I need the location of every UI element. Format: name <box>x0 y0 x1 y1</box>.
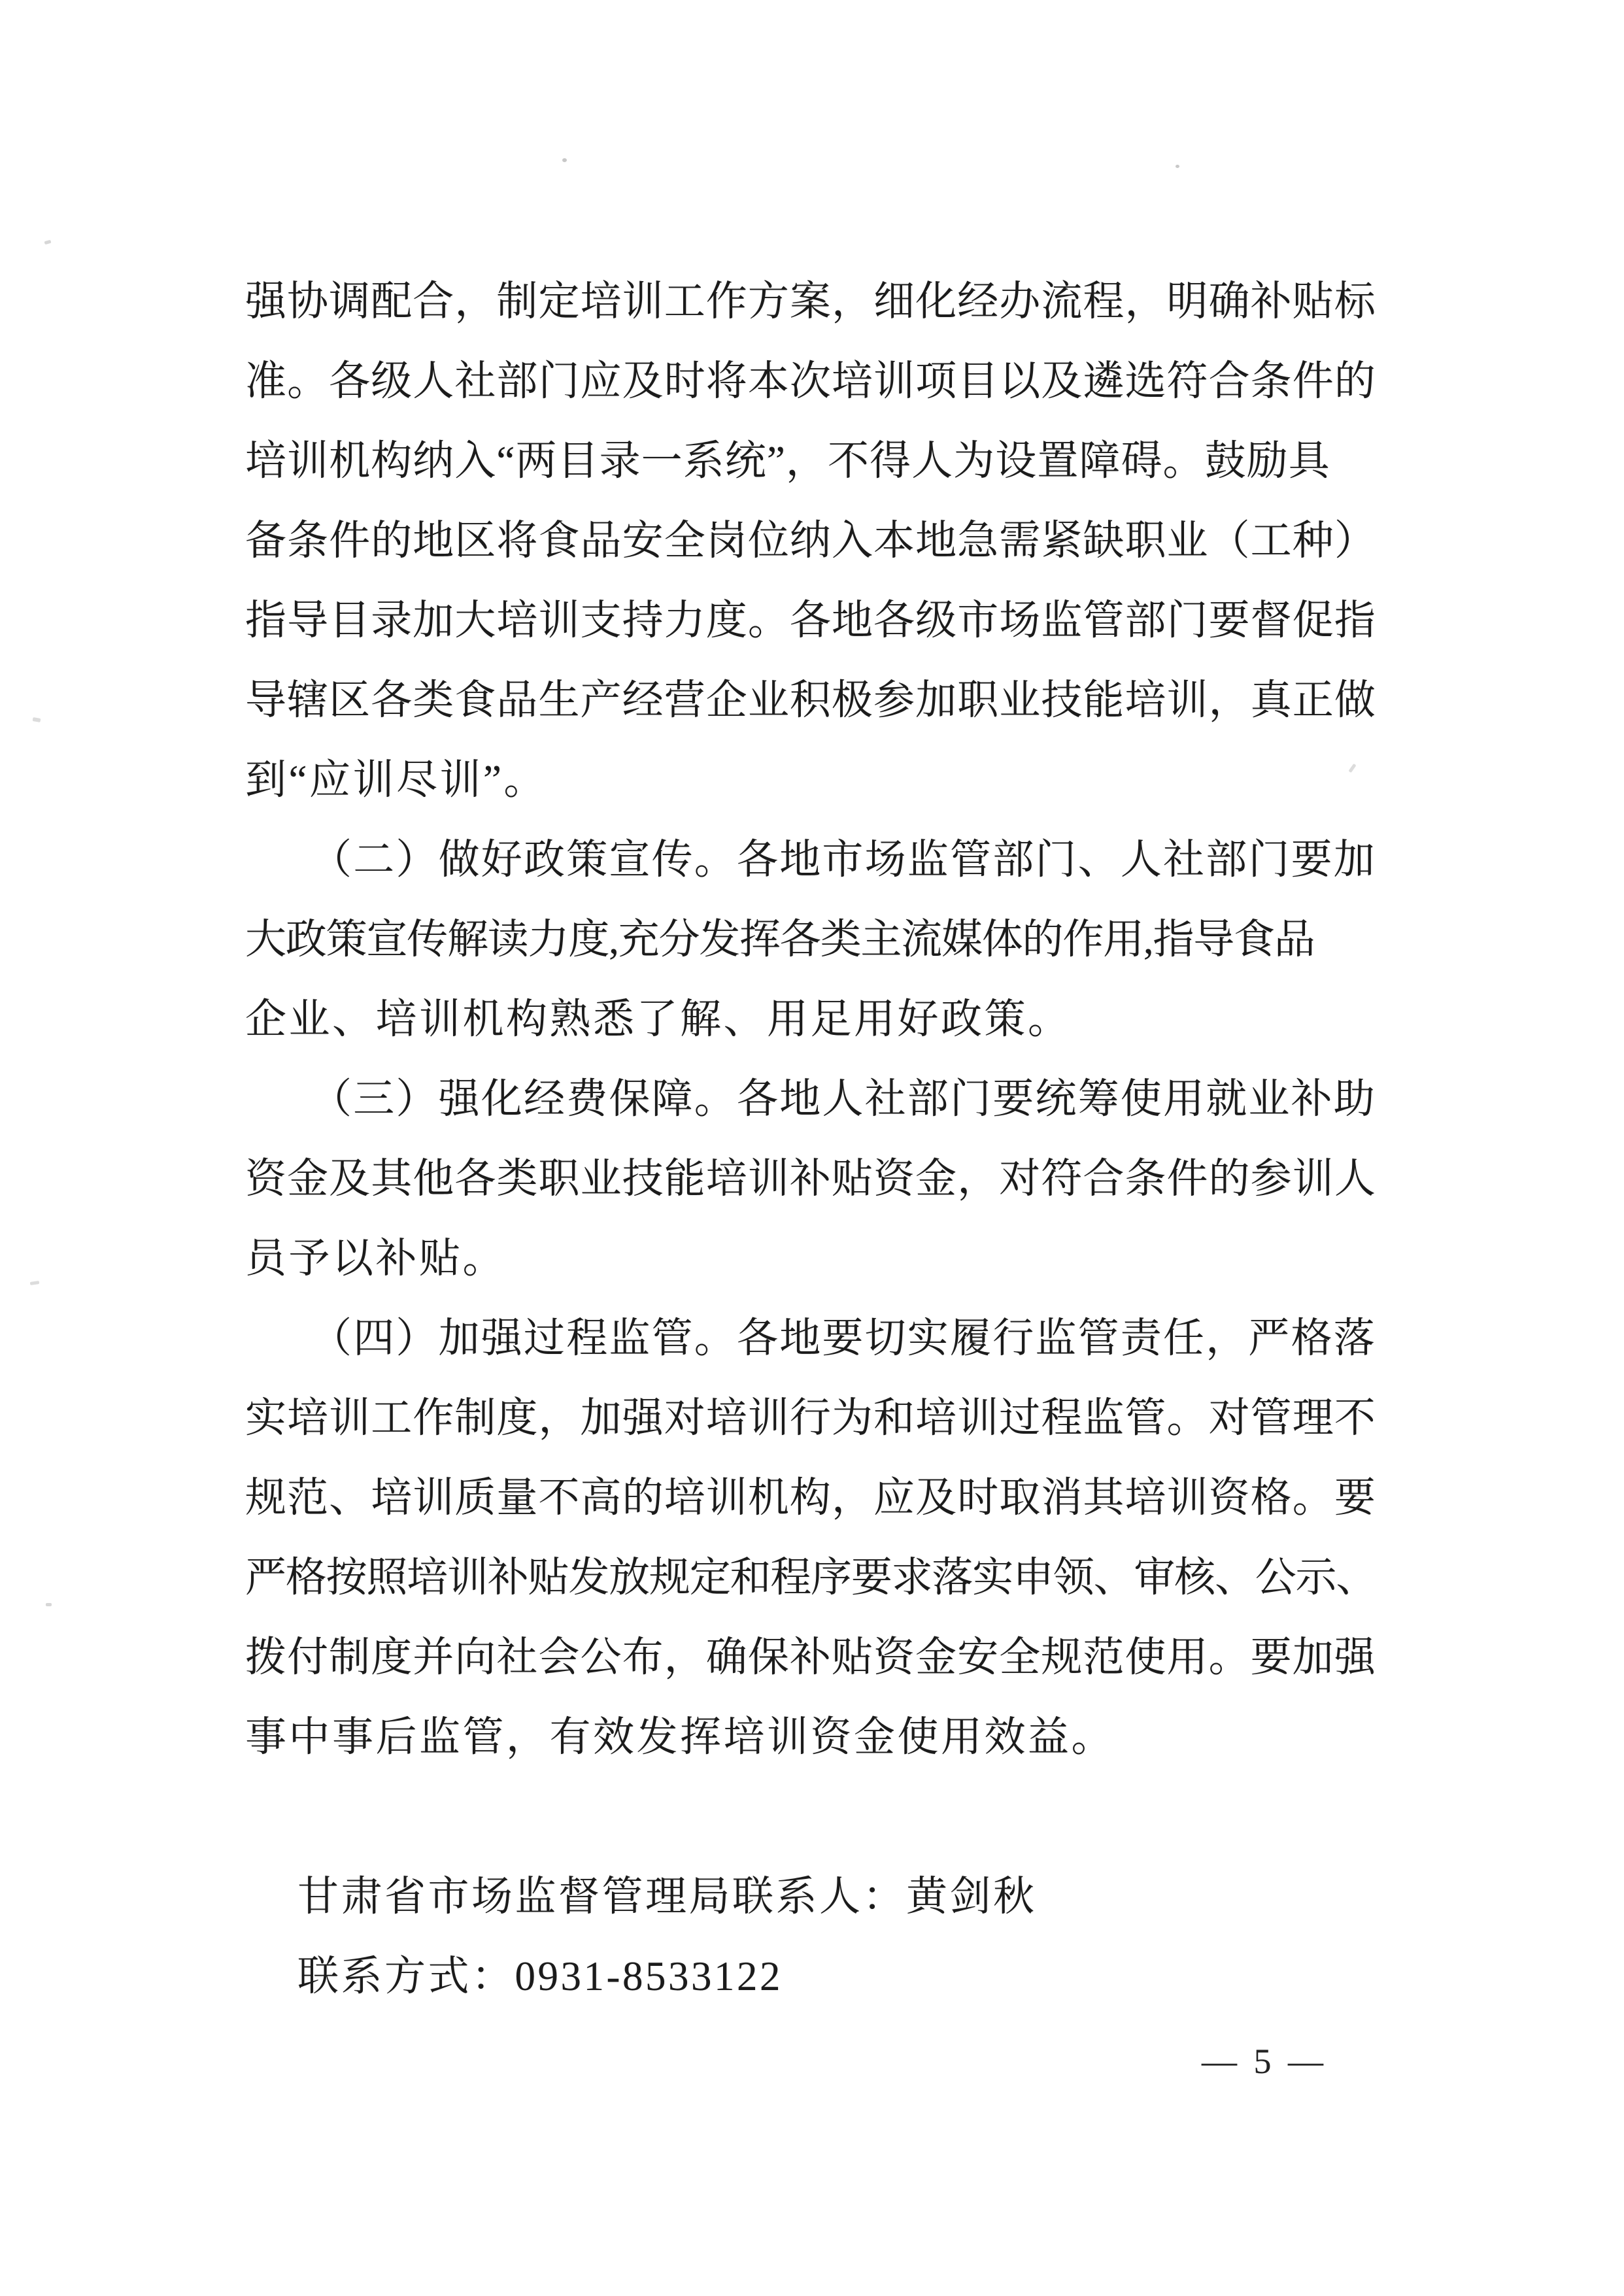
text-line: 企业、培训机构熟悉了解、用足用好政策。 <box>245 979 1376 1059</box>
scan-speckle <box>46 1603 52 1606</box>
page-number: — 5 — <box>1202 2041 1327 2082</box>
text-line: 实培训工作制度，加强对培训行为和培训过程监管。对管理不 <box>245 1378 1376 1458</box>
scan-speckle <box>1176 165 1179 168</box>
document-page: 强协调配合，制定培训工作方案，细化经办流程，明确补贴标准。各级人社部门应及时将本… <box>0 0 1624 2296</box>
scan-speckle <box>562 158 567 162</box>
text-line: 联系方式：0931-8533122 <box>245 1936 1376 2016</box>
text-line: 严格按照培训补贴发放规定和程序要求落实申领、审核、公示、 <box>245 1538 1376 1617</box>
text-line: 导辖区各类食品生产经营企业积极参加职业技能培训，真正做 <box>245 660 1376 740</box>
text-line: 资金及其他各类职业技能培训补贴资金，对符合条件的参训人 <box>245 1139 1376 1219</box>
text-line: 到“应训尽训”。 <box>245 740 1376 820</box>
text-line: 规范、培训质量不高的培训机构，应及时取消其培训资格。要 <box>245 1458 1376 1538</box>
scan-speckle <box>33 717 41 722</box>
text-line <box>245 1777 1376 1857</box>
text-line: 甘肃省市场监督管理局联系人：黄剑秋 <box>245 1857 1376 1936</box>
text-line: 准。各级人社部门应及时将本次培训项目以及遴选符合条件的 <box>245 341 1376 421</box>
text-line: （二）做好政策宣传。各地市场监管部门、人社部门要加 <box>245 820 1376 900</box>
text-line: 员予以补贴。 <box>245 1219 1376 1298</box>
text-line: （四）加强过程监管。各地要切实履行监管责任，严格落 <box>245 1298 1376 1378</box>
text-line: 拨付制度并向社会公布，确保补贴资金安全规范使用。要加强 <box>245 1617 1376 1697</box>
text-line: 事中事后监管，有效发挥培训资金使用效益。 <box>245 1697 1376 1777</box>
text-line: 备条件的地区将食品安全岗位纳入本地急需紧缺职业（工种） <box>245 501 1376 581</box>
text-line: （三）强化经费保障。各地人社部门要统筹使用就业补助 <box>245 1059 1376 1139</box>
body-text: 强协调配合，制定培训工作方案，细化经办流程，明确补贴标准。各级人社部门应及时将本… <box>245 262 1376 2016</box>
text-line: 强协调配合，制定培训工作方案，细化经办流程，明确补贴标 <box>245 262 1376 341</box>
scan-speckle <box>44 240 52 245</box>
text-line: 大政策宣传解读力度,充分发挥各类主流媒体的作用,指导食品 <box>245 900 1376 979</box>
text-line: 指导目录加大培训支持力度。各地各级市场监管部门要督促指 <box>245 581 1376 660</box>
text-line: 培训机构纳入“两目录一系统”，不得人为设置障碍。鼓励具 <box>245 421 1376 501</box>
scan-speckle <box>30 1281 40 1285</box>
